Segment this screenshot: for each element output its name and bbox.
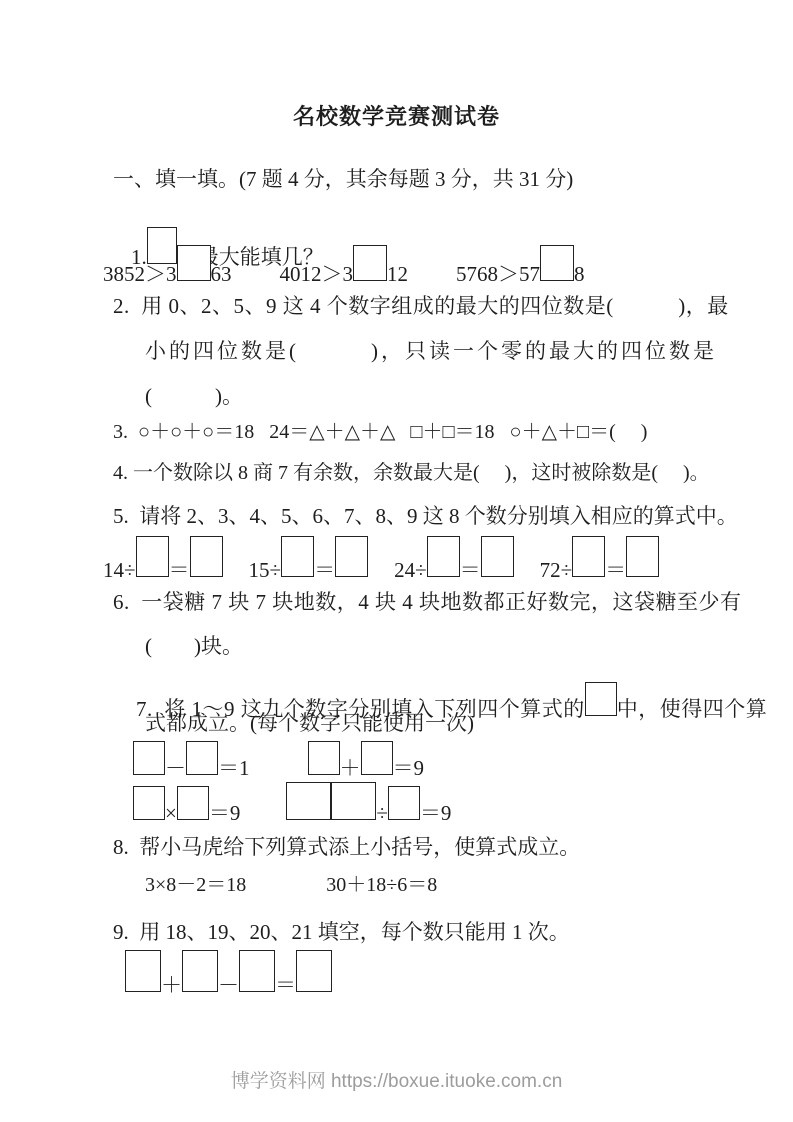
equals-sign: ＝ bbox=[314, 558, 335, 582]
answer-box bbox=[361, 741, 393, 775]
answer-box bbox=[125, 950, 161, 992]
question-2-line2: 小的四位数是( )，只读一个零的最大的四位数是 bbox=[145, 338, 717, 364]
question-2-line3: ( )。 bbox=[145, 383, 243, 409]
answer-box bbox=[186, 741, 218, 775]
page-title: 名校数学竞赛测试卷 bbox=[0, 100, 793, 131]
answer-box bbox=[136, 536, 169, 577]
equation-item: －＝1 bbox=[133, 741, 250, 781]
section-heading: 一、填一填。(7 题 4 分，其余每题 3 分，共 31 分) bbox=[113, 166, 573, 192]
comparison-post: 8 bbox=[574, 262, 585, 286]
equation-item: ＋＝9 bbox=[308, 741, 425, 781]
answer-box bbox=[182, 950, 218, 992]
answer-box bbox=[281, 536, 314, 577]
minus-sign: － bbox=[218, 973, 239, 997]
question-5: 5. 请将 2、3、4、5、6、7、8、9 这 8 个数分别填入相应的算式中。 bbox=[113, 503, 738, 529]
comparison-pre: 4012＞3 bbox=[280, 262, 354, 286]
comparison-pre: 5768＞57 bbox=[456, 262, 540, 286]
comparison-item: 5768＞578 bbox=[456, 245, 585, 287]
answer-box bbox=[177, 245, 211, 281]
question-9-equation: ＋－＝ bbox=[125, 950, 332, 998]
answer-box bbox=[353, 245, 387, 281]
question-9: 9. 用 18、19、20、21 填空，每个数只能用 1 次。 bbox=[113, 919, 570, 945]
answer-box bbox=[540, 245, 574, 281]
question-3: 3. ○＋○＋○＝18 24＝△＋△＋△ □＋□＝18 ○＋△＋□＝( ) bbox=[113, 420, 647, 445]
answer-box bbox=[572, 536, 605, 577]
division-item: 15÷＝ bbox=[249, 536, 369, 583]
division-item: 72÷＝ bbox=[540, 536, 660, 583]
box-divider bbox=[330, 783, 332, 819]
answer-box bbox=[133, 786, 165, 820]
equation-result: ＝9 bbox=[209, 801, 241, 825]
comparison-item: 3852＞363 bbox=[103, 245, 232, 287]
answer-box bbox=[190, 536, 223, 577]
question-1-equations: 3852＞363 4012＞312 5768＞578 bbox=[103, 245, 585, 287]
division-item: 24÷＝ bbox=[394, 536, 514, 583]
question-8: 8. 帮小马虎给下列算式添上小括号，使算式成立。 bbox=[113, 834, 580, 860]
divide-sign: ÷ bbox=[376, 801, 388, 825]
question-4: 4. 一个数除以 8 商 7 有余数，余数最大是( )，这时被除数是( )。 bbox=[113, 461, 710, 486]
answer-box bbox=[481, 536, 514, 577]
equals-sign: ＝ bbox=[460, 558, 481, 582]
equation-1: 3×8－2＝18 bbox=[145, 873, 246, 898]
question-5-equations: 14÷＝ 15÷＝ 24÷＝ 72÷＝ bbox=[103, 536, 659, 583]
equation-result: ＝9 bbox=[393, 756, 425, 780]
equation-item: ×＝9 bbox=[133, 786, 240, 826]
question-2-line1: 2. 用 0、2、5、9 这 4 个数字组成的最大的四位数是( )，最 bbox=[113, 293, 729, 319]
equals-sign: ＝ bbox=[275, 973, 296, 997]
equals-sign: ＝ bbox=[605, 558, 626, 582]
answer-box bbox=[308, 741, 340, 775]
answer-box bbox=[335, 536, 368, 577]
question-8-equations: 3×8－2＝18 30＋18÷6＝8 bbox=[145, 873, 437, 898]
times-sign: × bbox=[165, 801, 177, 825]
comparison-post: 12 bbox=[387, 262, 408, 286]
equation-item: ＋－＝ bbox=[125, 950, 332, 998]
equals-sign: ＝ bbox=[169, 558, 190, 582]
answer-box bbox=[388, 786, 420, 820]
answer-box bbox=[133, 741, 165, 775]
comparison-pre: 3852＞3 bbox=[103, 262, 177, 286]
question-7-line2: 式都成立。(每个数字只能使用一次) bbox=[145, 710, 474, 736]
equation-2: 30＋18÷6＝8 bbox=[326, 873, 437, 898]
answer-box bbox=[626, 536, 659, 577]
dividend: 72÷ bbox=[540, 558, 573, 582]
answer-box bbox=[427, 536, 460, 577]
answer-box bbox=[296, 950, 332, 992]
comparison-item: 4012＞312 bbox=[280, 245, 409, 287]
question-7-equations-row2: ×＝9 ÷＝9 bbox=[133, 782, 451, 826]
answer-box bbox=[239, 950, 275, 992]
dividend: 15÷ bbox=[249, 558, 282, 582]
dividend: 14÷ bbox=[103, 558, 136, 582]
plus-sign: ＋ bbox=[340, 756, 361, 780]
answer-box bbox=[585, 682, 617, 716]
test-paper-page: 名校数学竞赛测试卷 一、填一填。(7 题 4 分，其余每题 3 分，共 31 分… bbox=[0, 0, 793, 1122]
division-item: 14÷＝ bbox=[103, 536, 223, 583]
comparison-post: 63 bbox=[211, 262, 232, 286]
plus-sign: ＋ bbox=[161, 973, 182, 997]
two-digit-answer-box bbox=[286, 782, 376, 820]
equation-result: ＝1 bbox=[218, 756, 250, 780]
equation-result: ＝9 bbox=[420, 801, 452, 825]
dividend: 24÷ bbox=[394, 558, 427, 582]
question-6-line1: 6. 一袋糖 7 块 7 块地数，4 块 4 块地数都正好数完，这袋糖至少有 bbox=[113, 589, 742, 615]
minus-sign: － bbox=[165, 756, 186, 780]
question-7-equations-row1: －＝1 ＋＝9 bbox=[133, 741, 424, 781]
equation-item: ÷＝9 bbox=[286, 782, 451, 826]
question-7-text-post: 中，使得四个算 bbox=[617, 697, 768, 721]
answer-box bbox=[177, 786, 209, 820]
footer-watermark: 博学资料网 https://boxue.ituoke.com.cn bbox=[0, 1066, 793, 1093]
